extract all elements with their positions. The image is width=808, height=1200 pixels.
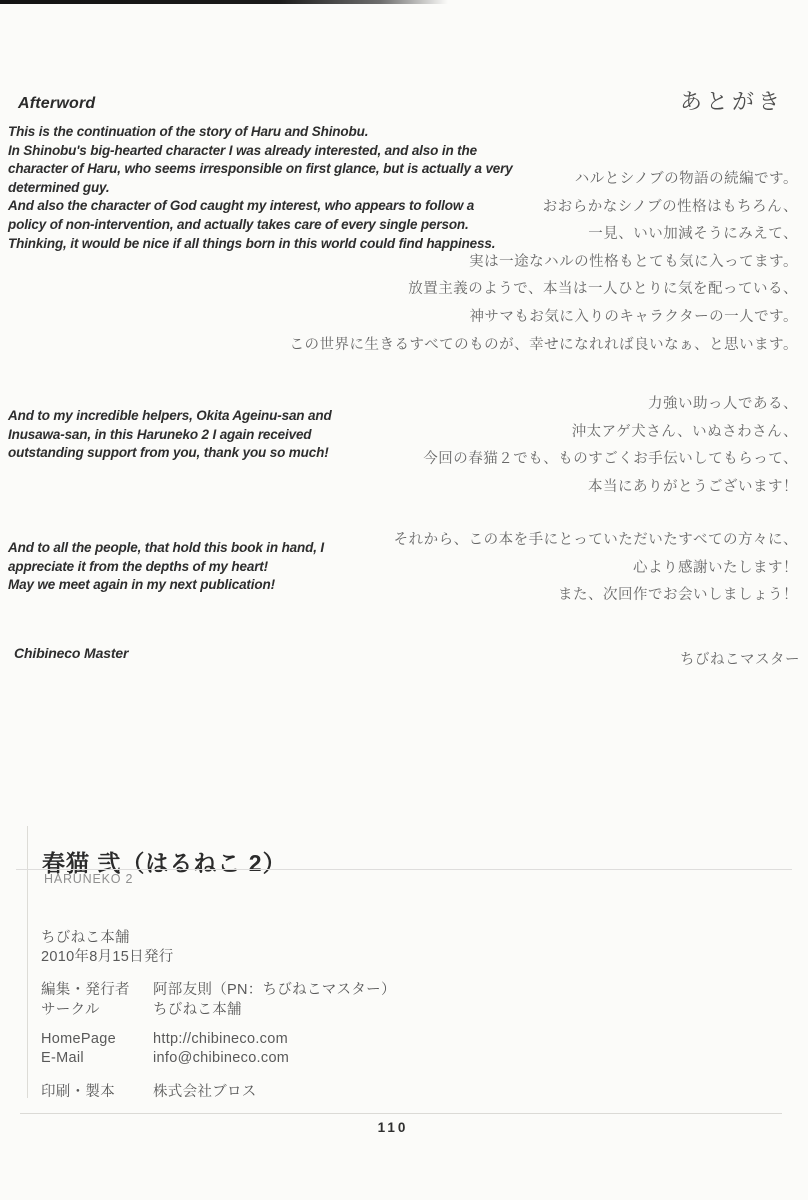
row-label: HomePage: [41, 1031, 116, 1047]
text-line: Inusawa-san, in this Haruneko 2 I again …: [8, 426, 332, 445]
text-line: 一見、いい加減そうにみえて、: [289, 221, 798, 249]
text-line: 今回の春猫２でも、ものすごくお手伝いしてもらって、: [423, 446, 798, 474]
text-line: 実は一途なハルの性格もとても気に入ってます。: [289, 249, 798, 277]
afterword-heading-en: Afterword: [18, 95, 95, 113]
colophon-row-printer: 印刷・製本 株式会社ブロス: [0, 1080, 760, 1099]
signature-en: Chibineco Master: [14, 645, 128, 662]
afterword-paragraph-en-3: And to all the people, that hold this bo…: [8, 539, 324, 595]
text-line: それから、この本を手にとっていただいたすべての方々に、: [394, 527, 798, 555]
text-line: 力強い助っ人である、: [423, 391, 798, 419]
afterword-paragraph-jp-3: それから、この本を手にとっていただいたすべての方々に、 心より感謝いたします！ …: [394, 527, 798, 610]
page-number: 110: [343, 1120, 443, 1135]
row-value: ちびねこ本舗: [153, 998, 242, 1019]
scan-artifact-bar: [0, 0, 448, 4]
row-label: サークル: [41, 998, 100, 1019]
colophon-row-homepage: HomePage http://chibineco.com: [0, 1031, 760, 1050]
text-line: And to all the people, that hold this bo…: [8, 539, 324, 558]
row-label: 編集・発行者: [41, 978, 130, 999]
colophon-row-email: E-Mail info@chibineco.com: [0, 1050, 760, 1069]
afterword-paragraph-jp-1: ハルとシノブの物語の続編です。 おおらかなシノブの性格はもちろん、 一見、いい加…: [289, 166, 798, 359]
row-label: 印刷・製本: [41, 1080, 115, 1101]
row-label: E-Mail: [41, 1050, 84, 1066]
colophon-row-editor: 編集・発行者 阿部友則（PN：ちびねこマスター）: [0, 978, 760, 997]
text-line: おおらかなシノブの性格はもちろん、: [289, 194, 798, 222]
colophon-row-circle: サークル ちびねこ本舗: [0, 998, 760, 1017]
text-line: 本当にありがとうございます！: [423, 474, 798, 502]
row-value: 株式会社ブロス: [153, 1080, 257, 1101]
circle-name: ちびねこ本舗: [41, 926, 130, 947]
text-line: And to my incredible helpers, Okita Agei…: [8, 407, 332, 426]
text-line: In Shinobu's big-hearted character I was…: [8, 142, 513, 161]
text-line: appreciate it from the depths of my hear…: [8, 558, 324, 577]
text-line: May we meet again in my next publication…: [8, 576, 324, 595]
row-value: 阿部友則（PN：ちびねこマスター）: [153, 978, 396, 999]
text-line: また、次回作でお会いしましょう！: [394, 582, 798, 610]
text-line: 放置主義のようで、本当は一人ひとりに気を配っている、: [289, 276, 798, 304]
homepage-url: http://chibineco.com: [153, 1031, 288, 1047]
text-line: 沖太アゲ犬さん、いぬさわさん、: [423, 419, 798, 447]
email-address: info@chibineco.com: [153, 1050, 289, 1066]
text-line: この世界に生きるすべてのものが、幸せになれれば良いなぁ、と思います。: [289, 332, 798, 360]
afterword-paragraph-en-2: And to my incredible helpers, Okita Agei…: [8, 407, 332, 463]
text-line: 心より感謝いたします！: [394, 555, 798, 583]
text-line: 神サマもお気に入りのキャラクターの一人です。: [289, 304, 798, 332]
text-line: outstanding support from you, thank you …: [8, 444, 332, 463]
afterword-heading-jp: あとがき: [680, 85, 784, 116]
text-line: ハルとシノブの物語の続編です。: [289, 166, 798, 194]
title-underline: [16, 869, 792, 870]
footer-rule: [20, 1113, 782, 1114]
afterword-paragraph-jp-2: 力強い助っ人である、 沖太アゲ犬さん、いぬさわさん、 今回の春猫２でも、ものすご…: [423, 391, 798, 501]
text-line: This is the continuation of the story of…: [8, 123, 513, 142]
signature-jp: ちびねこマスター: [680, 648, 800, 669]
book-title-romaji: HARUNEKO 2: [44, 872, 133, 886]
publish-date: 2010年8月15日発行: [41, 945, 174, 966]
